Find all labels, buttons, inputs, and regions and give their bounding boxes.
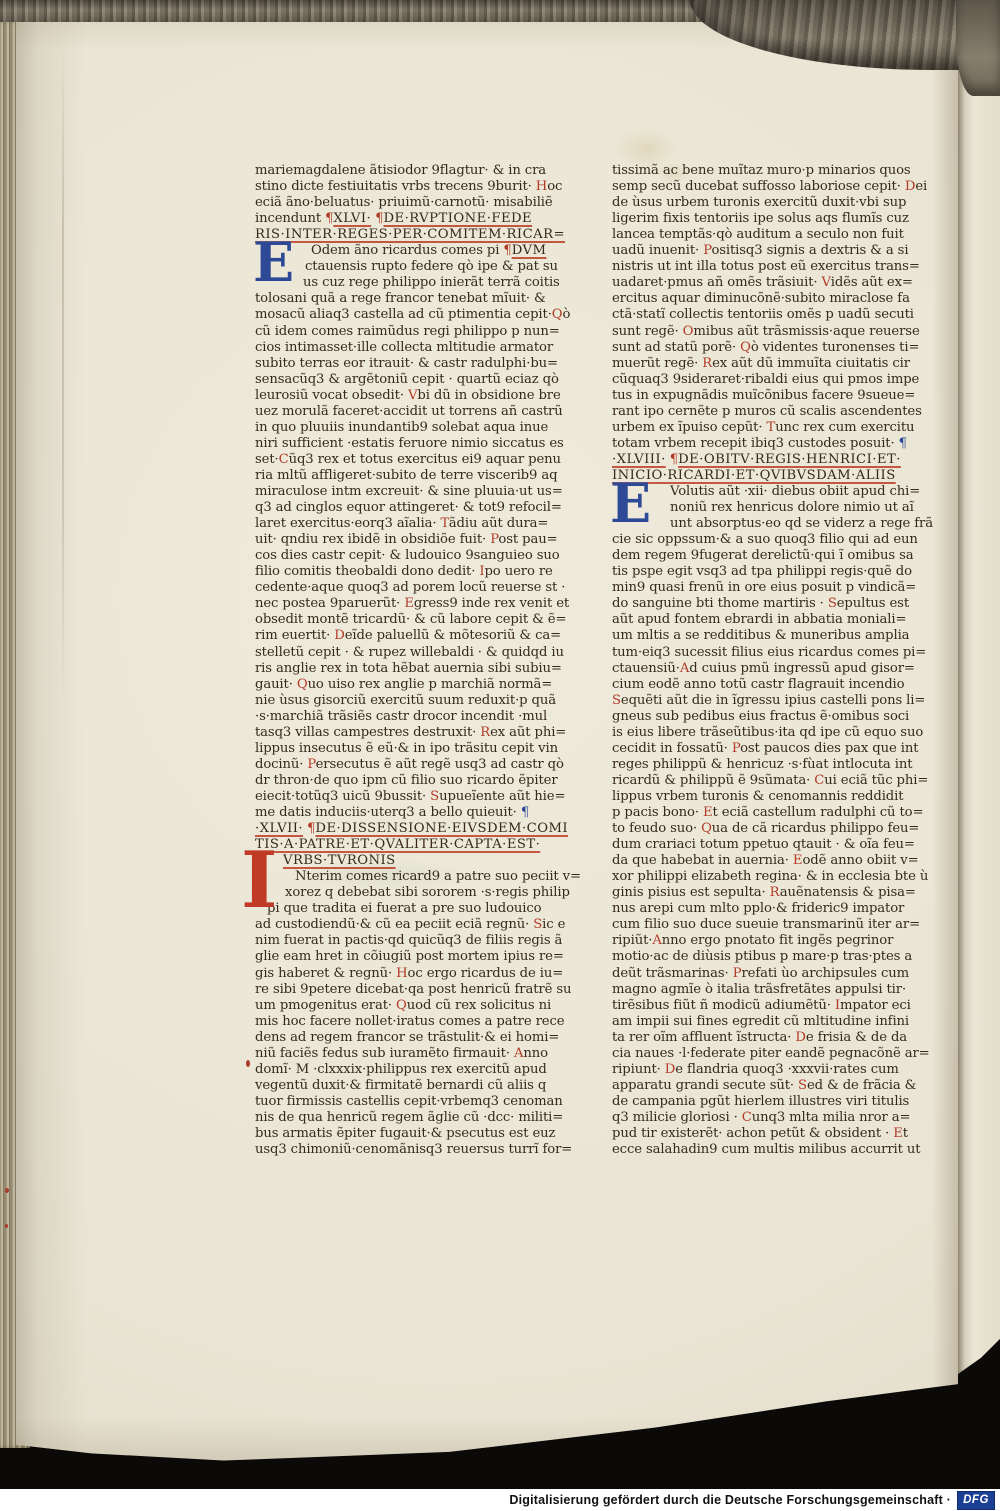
text-line: me datis induciis·uterq3 a bello quieuit… xyxy=(255,805,529,821)
text-line: magno agmĩe ò italia trãsfretãtes appuls… xyxy=(612,982,906,998)
text-line: cie sic oppssum·& a suo quoq3 filio qui … xyxy=(612,532,918,548)
next-page-fore-edge xyxy=(958,22,1000,1374)
text-line: TIS·A·PATRE·ET·QVALITER·CAPTA·EST· xyxy=(255,837,540,853)
text-line: deũt trãsmarinas· Prefati ùo archipsules… xyxy=(612,966,909,982)
text-line: nis de qua henricũ regem ãglie cũ ·dcc· … xyxy=(255,1110,563,1126)
lombard-initial-i: I xyxy=(241,847,278,916)
text-line: xorez q debebat sibi sororem ·s·regis ph… xyxy=(255,885,570,901)
text-line: tis pspe egit vsq3 ad tpa philippi regis… xyxy=(612,564,912,580)
text-line: ria mltũ affligeret·subito de terre visc… xyxy=(255,468,557,484)
text-line: ecce salahadin9 cum multis milibus accur… xyxy=(612,1142,920,1158)
text-line: tus in expugnãdis muĩcõnibus facere 9sue… xyxy=(612,388,915,404)
text-line: lippus insecutus ẽ eũ·& in ipo trãsitu c… xyxy=(255,741,558,757)
text-line: p pacis bono· Et eciã castellum radulphi… xyxy=(612,805,923,821)
text-line: leurosiũ vocat obsedit· Vbi dũ in obsidi… xyxy=(255,388,561,404)
text-line: ctã·statĩ collectis tentoriis omẽs p uad… xyxy=(612,307,914,323)
digitization-credit-bar: Digitalisierung gefördert durch die Deut… xyxy=(0,1489,1000,1511)
text-line: us cuz rege philippo inierãt terrã coiti… xyxy=(255,275,560,291)
text-line: Volutis aũt ·xii· diebus obiit apud chi= xyxy=(612,484,920,500)
text-line: totam vrbem recepit ibiq3 custodes posui… xyxy=(612,436,907,452)
text-line: ctauensiũ·Ad cuius pmũ ingressũ apud gis… xyxy=(612,661,915,677)
text-line: cũ idem comes raimũdus regi philippo p n… xyxy=(255,324,560,340)
text-line: min9 quasi frenũ in ore eius posuit p vi… xyxy=(612,580,916,596)
lombard-initial-e: E xyxy=(610,480,651,528)
text-line: obsedit montẽ tricardũ· & cũ labore cepi… xyxy=(255,612,566,628)
dfg-logo: DFG xyxy=(957,1491,995,1510)
text-line: nus arepi cum mlto pplo·& frideric9 impa… xyxy=(612,901,904,917)
text-line: ripiũt·Anno ergo pnotato fit ingẽs pegri… xyxy=(612,933,893,949)
text-line: nie ùsus gisorciũ exercitũ suum reduxit·… xyxy=(255,693,556,709)
text-line: unt absorptus·eo qd se viderz a rege frã xyxy=(612,516,933,532)
text-line: ricardũ & philippũ ẽ 9sũmata· Cui eciã t… xyxy=(612,773,928,789)
red-margin-mark xyxy=(246,1060,250,1067)
text-line: ligerim fixis tentoriis ipe solus aqs fl… xyxy=(612,211,909,227)
text-line: lancea temptãs·qò auditum a seculo non f… xyxy=(612,227,904,243)
text-line: tirẽsibus fiũt ñ modicũ adiumẽtũ· Impato… xyxy=(612,998,911,1014)
text-line: mis hoc facere nollet·iratus comes a pat… xyxy=(255,1014,564,1030)
text-line: tissimã ac bene muĩtaz muro·p minarios q… xyxy=(612,163,911,179)
text-line: ctauensis rupto federe qò ipe & pat su xyxy=(255,259,558,275)
text-line: eiecit·totũq3 uicũ 9bussit· Supueĩente a… xyxy=(255,789,565,805)
credit-text: Digitalisierung gefördert durch die Deut… xyxy=(509,1493,951,1507)
text-line: gis haberet & regnũ· Hoc ergo ricardus d… xyxy=(255,966,563,982)
text-line: stino dicte festiuitatis vrbs trecens 9b… xyxy=(255,179,562,195)
text-line: do sanguine bti thome martiris · Sepultu… xyxy=(612,596,909,612)
text-line: cios intimasset·ille collecta mltitudie … xyxy=(255,340,553,356)
text-line: cecidit in fossatũ· Post paucos dies pax… xyxy=(612,741,918,757)
text-line: gauit· Quo uiso rex anglie p marchiã nor… xyxy=(255,677,552,693)
text-line: noniũ rex henricus dolore nimio ut aĩ xyxy=(612,500,914,516)
book-top-edge-corner xyxy=(956,0,1000,96)
text-line: in quo pluuiis inundantib9 solebat aqua … xyxy=(255,420,548,436)
text-line: usq3 chimoniũ·cenomãnisq3 reuersus turrĩ… xyxy=(255,1142,572,1158)
lombard-initial-e: E xyxy=(253,239,294,287)
red-margin-mark xyxy=(5,1224,8,1228)
text-line: Sequẽti aũt die in ĩgressu ipius castell… xyxy=(612,693,925,709)
text-line: filio comitis theobaldi dono dedit· Ipo … xyxy=(255,564,553,580)
text-line: tasq3 villas campestres destruxit· Rex a… xyxy=(255,725,566,741)
text-line: glie eam hret in cõiugiũ post mortem ipi… xyxy=(255,949,564,965)
text-line: bus armatis ẽpiter fugauit·& psecutus es… xyxy=(255,1126,555,1142)
text-line: cos dies castr cepit· & ludouico 9sangui… xyxy=(255,548,560,564)
text-line: ercitus aquar diminucõnẽ·subito miraclos… xyxy=(612,291,910,307)
text-line: am impii sui fines egredit cũ mltitudine… xyxy=(612,1014,909,1030)
text-line: ad custodiendũ·& cũ ea peciit eciã regnũ… xyxy=(255,917,565,933)
text-line: eciã ãno·beluatus· priuimũ·carnotũ· misa… xyxy=(255,195,553,211)
text-line: uadũ inuenit· Positisq3 signis a dextris… xyxy=(612,243,908,259)
text-line: rant ipo cernẽte p muros cũ scalis ascen… xyxy=(612,404,922,420)
text-line: gneus sub pedibus eius fractus ẽ·omibus … xyxy=(612,709,909,725)
text-line: pi que tradita ei fuerat a pre suo ludou… xyxy=(255,901,541,917)
text-line: uez morulã faceret·accidit ut torrens añ… xyxy=(255,404,563,420)
text-line: nec postea 9paruerũt· Egress9 inde rex v… xyxy=(255,596,569,612)
text-line: q3 ad cinglos equor attingeret· & tot9 r… xyxy=(255,500,562,516)
text-line: niũ faciẽs fedus sub iuramẽto firmauit· … xyxy=(255,1046,548,1062)
book-photograph: mariemagdalene ãtisiodor 9flagtur· & in … xyxy=(0,0,1000,1511)
text-line: Odem ãno ricardus comes pi ¶DVM xyxy=(255,243,546,259)
text-line: docinũ· Persecutus ẽ aũt regẽ usq3 ad ca… xyxy=(255,757,564,773)
text-line: miraculose intm excreuit· & sine pluuia·… xyxy=(255,484,563,500)
text-line: lippus vrbem turonis & cenomannis reddid… xyxy=(612,789,903,805)
text-line: uit· qndiu rex ibidẽ in obsidiõe fuit· P… xyxy=(255,532,558,548)
text-line: ris anglie rex in tota hẽbat auernia sib… xyxy=(255,661,562,677)
text-line: ·XLVII· ¶DE·DISSENSIONE·EIVSDEM·COMI xyxy=(255,821,568,837)
text-line: niri sufficient ·estatis feruore nimio s… xyxy=(255,436,564,452)
text-line: uadaret·pmus añ omẽs trãsiuit· Vidẽs aũt… xyxy=(612,275,913,291)
text-line: mosacũ aliaq3 castella ad cũ ptimentia c… xyxy=(255,307,570,323)
text-line: mariemagdalene ãtisiodor 9flagtur· & in … xyxy=(255,163,546,179)
text-line: to feudo suo· Qua de cã ricardus philipp… xyxy=(612,821,919,837)
text-line: laret exercitus·eorq3 aĩalia· Tãdiu aũt … xyxy=(255,516,548,532)
text-line: nim fuerat in pactis·qd quicũq3 de filii… xyxy=(255,933,562,949)
text-line: aũt apud fontem ebrardi in abbatia monia… xyxy=(612,612,906,628)
text-line: re sibi 9petere dicebat·qa post henricũ … xyxy=(255,982,571,998)
text-line: apparatu grandi secute sũt· Sed & de frã… xyxy=(612,1078,916,1094)
text-line: sensacũq3 & argẽtoniũ cepit · quartũ eci… xyxy=(255,372,559,388)
text-line: tum·eiq3 sucessit filius eius ricardus c… xyxy=(612,645,926,661)
text-line: urbem ex ĩpuiso cepũt· Tunc rex cum exer… xyxy=(612,420,914,436)
text-line: ginis pisius est sepulta· Rauẽnatensis &… xyxy=(612,885,916,901)
text-line: dum crariaci totum ppetuo qtauit · & oĩa… xyxy=(612,837,915,853)
text-line: nistris ut int illa totus post eũ exerci… xyxy=(612,259,920,275)
text-line: dens ad regem francor se trãstulit·& ei … xyxy=(255,1030,559,1046)
text-line: dem regem 9fugerat derelictũ·qui ĩ omibu… xyxy=(612,548,913,564)
text-line: vegentũ duxit·& firmitatẽ bernardi cũ al… xyxy=(255,1078,546,1094)
text-line: ripiunt· De flandria quoq3 ·xxxvii·rates… xyxy=(612,1062,899,1078)
text-line: cia naues ·l·federate piter eandẽ pegnac… xyxy=(612,1046,930,1062)
text-line: dr thron·de quo ipm cũ filio suo ricardo… xyxy=(255,773,558,789)
text-line: ·s·marchiã trãsiẽs castr drocor incendit… xyxy=(255,709,547,725)
text-line: q3 milicie gloriosi · Cunq3 mlta milia n… xyxy=(612,1110,910,1126)
text-line: incendunt ¶XLVI· ¶DE·RVPTIONE·FEDE xyxy=(255,211,532,227)
text-line: RIS·INTER·REGES·PER·COMITEM·RICAR= xyxy=(255,227,565,243)
text-line: is eius libere trãseũtibus·ita qd ipe cũ… xyxy=(612,725,923,741)
text-line: de ùsus urbem turonis exercitũ duxit·vbi… xyxy=(612,195,906,211)
text-line: cium eodẽ anno totũ castr flagrauit ince… xyxy=(612,677,904,693)
text-line: sunt regẽ· Omibus aũt trãsmissis·aque re… xyxy=(612,324,920,340)
text-line: set·Cũq3 rex et totus exercitus ei9 aqua… xyxy=(255,452,561,468)
text-line: subito terras eor itrauit· & castr radul… xyxy=(255,356,558,372)
text-line: um mltis a se redditibus & muneribus amp… xyxy=(612,628,909,644)
text-line: cũquaq3 9sideraret·ribaldi eius qui pmos… xyxy=(612,372,919,388)
text-line: cedente·aque quoq3 ad porem locũ reuerse… xyxy=(255,580,565,596)
page-crease xyxy=(62,44,64,704)
text-line: reges philippũ & henricuz ·s·fùat intloc… xyxy=(612,757,912,773)
text-line: cum filio suo duce sueuie transmarinũ it… xyxy=(612,917,920,933)
text-line: motio·ac de diùsis ptibus p mare·p tras·… xyxy=(612,949,912,965)
text-line: um pmogenitus erat· Quod cũ rex solicitu… xyxy=(255,998,551,1014)
text-line: INICIO·RICARDI·ET·QVIBVSDAM·ALIIS xyxy=(612,468,896,484)
text-line: tuor firmissis castellis cepit·vrbemq3 c… xyxy=(255,1094,563,1110)
text-line: xor philippi elizabeth regina· & in eccl… xyxy=(612,869,928,885)
text-line: ta rer oĩm affluent ĩstructa· De frisia … xyxy=(612,1030,907,1046)
text-line: sunt ad statũ porẽ· Qò videntes turonens… xyxy=(612,340,919,356)
text-line: pud tir existerẽt· achon petũt & obsiden… xyxy=(612,1126,908,1142)
text-line: muerũt regẽ· Rex aũt dũ immuĩta ciuitati… xyxy=(612,356,910,372)
text-line: domĩ· M ·clxxxix·philippus rex exercitũ … xyxy=(255,1062,547,1078)
text-line: da que habebat in auernia· Eodẽ anno obi… xyxy=(612,853,919,869)
manuscript-page: mariemagdalene ãtisiodor 9flagtur· & in … xyxy=(16,20,958,1462)
text-line: semp secũ ducebat suffosso laboriose cep… xyxy=(612,179,927,195)
text-line: ·XLVIII· ¶DE·OBITV·REGIS·HENRICI·ET· xyxy=(612,452,901,468)
text-line: de campania pgũt hierlem illustres viri … xyxy=(612,1094,909,1110)
text-line: stelletũ cepit · & rupez willebaldi · & … xyxy=(255,645,564,661)
red-margin-mark xyxy=(5,1188,9,1193)
text-line: rim euertit· Deĩde paluellũ & mõtesoriũ … xyxy=(255,628,561,644)
text-line: Nterim comes ricard9 a patre suo peciit … xyxy=(255,869,581,885)
text-line: tolosani quã a rege francor tenebat mĩui… xyxy=(255,291,546,307)
